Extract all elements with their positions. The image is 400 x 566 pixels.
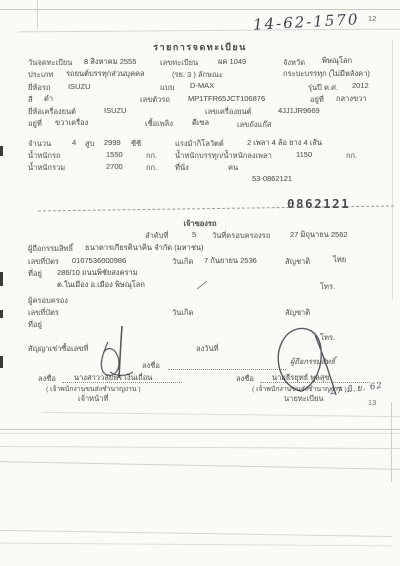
engine-pos-value: ขวาเครื่อง	[55, 118, 88, 128]
power-label: แรงม้ากิโลวัตต์	[175, 139, 224, 149]
reg-no-label: เลขทะเบียน	[160, 58, 198, 68]
axle-info-value: 2 เพลา 4 ล้อ ยาง 4 เส้น	[247, 138, 322, 148]
right-signer-name: นายธีรยุทธ์ พูลสุข	[272, 373, 330, 383]
weight-label: น้ำหนักรถ	[28, 151, 61, 161]
weight-value: 1550	[106, 150, 123, 160]
scan-line-bottom-3	[0, 433, 400, 434]
possessor-label: ผู้ครอบครอง	[28, 296, 68, 306]
address-line1: 286/10 ถนนพิชัยสงคราม	[57, 268, 138, 278]
possessor-id-label: เลขที่บัตร	[28, 308, 59, 318]
scan-line-bottom-4	[0, 446, 400, 449]
type-code-label: (รย. 3 ) ลักษณะ	[172, 70, 223, 80]
engine-pos-label: อยู่ที่	[28, 119, 42, 129]
id-card-label: เลขที่บัตร	[28, 257, 59, 267]
birth-label: วันเกิด	[172, 257, 193, 267]
cc-value: 2999	[104, 138, 121, 148]
nationality-label: สัญชาติ	[285, 257, 310, 267]
engine-brand-value: ISUZU	[104, 106, 127, 116]
document-title: รายการจดทะเบียน	[0, 41, 400, 53]
fuel-value: ดีเซล	[192, 118, 209, 128]
order-value: 5	[192, 230, 196, 240]
model-value: D-MAX	[190, 81, 214, 91]
cylinders-unit: สูบ	[85, 139, 94, 149]
chassis-label: เลขตัวรถ	[140, 95, 170, 105]
chassis-pos-value: กลางขวา	[336, 94, 367, 104]
scan-edge-mark-4	[0, 356, 3, 368]
cc-unit: ซีซี	[131, 139, 141, 149]
scan-line-bottom-1	[42, 412, 400, 417]
type-label: ประเภท	[28, 70, 53, 80]
cylinders-value: 4	[72, 138, 76, 148]
holder-value: ธนาคารเกียรตินาคิน จำกัด (มหาชน)	[85, 243, 204, 253]
scan-line-bottom-5	[0, 461, 400, 470]
engine-no-value: 4JJ1JR9669	[278, 106, 320, 116]
holder-sign-role: ผู้ถือกรรมสิทธิ์	[290, 357, 335, 367]
possess-date-label: วันที่ครอบครองรถ	[212, 231, 270, 241]
owner-section-title: เจ้าของรถ	[0, 219, 400, 229]
left-official-signature-loop	[101, 342, 133, 375]
gas-tank-label: เลขถังแก๊ส	[237, 120, 271, 130]
order-label: ลำดับที่	[145, 231, 168, 241]
province-value: พิษณุโลก	[322, 56, 352, 66]
left-signer-role2: เจ้าหน้าที่	[78, 394, 108, 404]
hire-purchase-contract-label: สัญญาเช่าซื้อเลขที่	[28, 344, 88, 354]
possessor-birth-label: วันเกิด	[172, 308, 193, 318]
color-label: สี	[28, 95, 33, 105]
scan-edge-mark-3	[0, 310, 3, 318]
scan-line-bottom-7	[0, 543, 392, 547]
weight-unit: กก.	[146, 151, 157, 161]
tel-label: โทร.	[320, 282, 335, 292]
load-value: 1150	[296, 150, 312, 160]
registration-document-scan: 14-62-1570 12 รายการจดทะเบียน วันจดทะเบี…	[0, 0, 400, 566]
brand-label: ยี่ห้อรถ	[28, 83, 50, 93]
brand-value: ISUZU	[68, 82, 91, 92]
gross-weight-value: 2700	[106, 162, 123, 172]
possessor-tel-label: โทร.	[320, 333, 335, 343]
scan-edge-mark-2	[0, 272, 3, 286]
scan-line-bottom-6	[0, 530, 392, 537]
province-label: จังหวัด	[283, 58, 305, 68]
engine-brand-label: ยี่ห้อเครื่องยนต์	[28, 107, 76, 117]
left-signer-role1: ( เจ้าพนักงานขนส่งชำนาญงาน )	[46, 385, 141, 394]
holder-sign-label: ลงชื่อ	[142, 361, 160, 371]
left-official-signature-stroke	[119, 326, 122, 378]
left-sign-label: ลงชื่อ	[38, 374, 56, 384]
year-value: 2012	[352, 81, 369, 91]
bottom-page-number: 13	[368, 398, 376, 408]
address-label: ที่อยู่	[28, 269, 42, 279]
scan-edge-mark-1	[0, 146, 3, 156]
possessor-address-label: ที่อยู่	[28, 320, 42, 330]
reg-date-label: วันจดทะเบียน	[28, 58, 72, 68]
gross-weight-unit: กก.	[146, 163, 157, 173]
model-label: แบบ	[160, 83, 174, 93]
seat-unit: คน	[228, 163, 238, 173]
holder-label: ผู้ถือกรรมสิทธิ์	[28, 244, 73, 254]
nationality-value: ไทย	[333, 255, 346, 265]
handwritten-registrar-date: 27 มิ.ย. 62	[329, 381, 383, 399]
seat-label: ที่นั่ง	[175, 163, 189, 173]
stamp-number: 0862121	[287, 196, 350, 213]
scan-line-bottom-right-vertical	[391, 402, 392, 482]
slash-pen-mark	[197, 281, 207, 289]
possess-date-value: 27 มิถุนายน 2562	[290, 230, 348, 240]
contract-date-label: ลงวันที่	[196, 344, 219, 354]
type-value: รถยนต์บรรทุกส่วนบุคคล	[66, 69, 145, 79]
scan-line-right-edge	[392, 40, 393, 300]
fuel-label: เชื้อเพลิง	[145, 119, 173, 129]
handwritten-reference-number: 14-62-1570	[253, 9, 360, 35]
id-card-value: 0107536000986	[72, 256, 126, 266]
right-sign-label: ลงชื่อ	[236, 374, 254, 384]
body-type-value: กระบะบรรทุก (ไม่มีหลังคา)	[283, 69, 370, 79]
corner-page-number: 12	[368, 14, 376, 24]
left-signer-name: นางสาววลัยพร เงินเถื่อน	[74, 373, 152, 383]
scan-line-bottom-2	[0, 429, 400, 430]
engine-no-label: เลขเครื่องยนต์	[205, 107, 251, 117]
year-label: รุ่นปี ค.ศ.	[308, 83, 338, 93]
load-unit: กก.	[346, 151, 357, 161]
gross-weight-label: น้ำหนักรวม	[28, 163, 65, 173]
reference-number: 53-0862121	[252, 174, 292, 184]
address-line2: ต.ในเมือง อ.เมือง พิษณุโลก	[57, 280, 145, 290]
reg-date-value: 8 สิงหาคม 2555	[84, 57, 136, 67]
chassis-pos-label: อยู่ที่	[310, 95, 324, 105]
load-label: น้ำหนักบรรทุก/น้ำหนักลงเพลา	[175, 151, 272, 161]
right-signer-role2: นายทะเบียน	[284, 394, 324, 404]
possessor-nationality-label: สัญชาติ	[285, 308, 310, 318]
cylinders-label: จำนวน	[28, 139, 51, 149]
holder-sign-leader	[168, 369, 286, 370]
reg-no-value: ผค 1049	[218, 57, 246, 67]
chassis-value: MP1TFR65JCT106876	[188, 94, 265, 104]
birth-value: 7 กันยายน 2536	[204, 256, 257, 266]
color-value: ดำ	[44, 94, 53, 104]
scan-line-top-left-vertical	[37, 0, 38, 29]
